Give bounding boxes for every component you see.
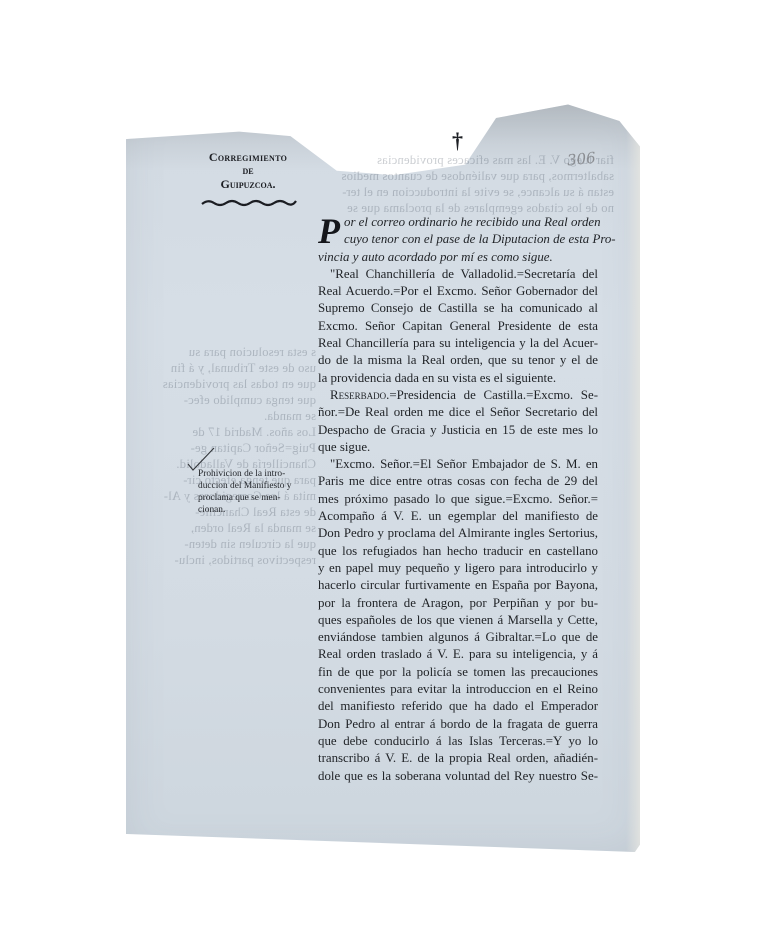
text-line: fin de que por la policía se tomen las p… <box>318 664 598 681</box>
margin-note-line: duccion del Manifiesto y <box>198 480 312 492</box>
text-line: ñor.=De Real orden me dice el Señor Secr… <box>318 404 598 421</box>
text-line: enviándose tambien algunos á Gibraltar.=… <box>318 629 598 646</box>
text-line: cuyo tenor con el pase de la Diputacion … <box>318 231 598 248</box>
text-line: mes próximo pasado lo que sigue.=Excmo. … <box>318 491 598 508</box>
text-line: convenientes para evitar la introduccion… <box>318 681 598 698</box>
text-line: or el correo ordinario he recibido una R… <box>318 214 598 231</box>
text-line: que debe conducirlo á las Islas Terceras… <box>318 733 598 750</box>
text-line: la providencia dada en su vista es el si… <box>318 370 598 387</box>
text-line: hacerlo circular furtivamente en España … <box>318 577 598 594</box>
text-line: vincia y auto acordado por mí es como si… <box>318 249 598 266</box>
paragraph-2: Reserbado.=Presidencia de Castilla.=Excm… <box>318 387 598 456</box>
text-line: Don Pedro y proclama del Almirante ingle… <box>318 525 598 542</box>
text-line: Excmo. Señor Capitan General Presidente … <box>318 318 598 335</box>
margin-note-line: proclama que se men- <box>198 492 312 504</box>
document-body: P or el correo ordinario he recibido una… <box>318 214 598 785</box>
text-line: Acompaño á V. E. un egemplar del manifie… <box>318 508 598 525</box>
text-line: que los refugiados han hecho traducir en… <box>318 543 598 560</box>
text-line: Don Pedro al entrar á bordo de la fragat… <box>318 716 598 733</box>
drop-cap: P <box>318 216 340 246</box>
intro-paragraph: P or el correo ordinario he recibido una… <box>318 214 598 266</box>
margin-note: Prohivicion de la intro- duccion del Man… <box>198 468 312 516</box>
heading-line-3: Guipuzcoa. <box>198 177 298 192</box>
text-line: transcribo á V. E. de la propia Real ord… <box>318 750 598 767</box>
reserved-label: Reserbado. <box>330 388 389 402</box>
text-line: Real orden traslado á V. E. para su inte… <box>318 646 598 663</box>
text-line: Despacho de Gracia y Justicia en 15 de e… <box>318 422 598 439</box>
ornamental-rule-icon <box>200 198 298 208</box>
paragraph-1: "Real Chanchillería de Valladolid.=Secre… <box>318 266 598 387</box>
text-line: "Excmo. Señor.=El Señor Embajador de S. … <box>318 456 598 473</box>
text-line: por la frontera de Aragon, por Perpiñan … <box>318 595 598 612</box>
text-line: Real Acuerdo.=Por el Excmo. Señor Gobern… <box>318 283 598 300</box>
text-line: y en papel muy pequeño y ligero para int… <box>318 560 598 577</box>
text-line: Reserbado.=Presidencia de Castilla.=Excm… <box>318 387 598 404</box>
text-line: Real Chancillería para su inteligencia y… <box>318 335 598 352</box>
folio-number: 306 <box>566 149 596 170</box>
document-heading: Corregimiento DE Guipuzcoa. <box>198 150 298 192</box>
text-line: do de la misma la Real orden, que su ten… <box>318 352 598 369</box>
cross-symbol-icon: † <box>452 128 463 154</box>
text-line: ques españoles de los que vienen á Marse… <box>318 612 598 629</box>
text-line: del manifiesto referido que ha dado el E… <box>318 698 598 715</box>
heading-line-1: Corregimiento <box>198 150 298 165</box>
text-line: que sigue. <box>318 439 598 456</box>
heading-line-2: DE <box>198 167 298 176</box>
margin-note-line: cionan. <box>198 504 312 516</box>
text-line: Paris me dice entre otras cosas con fech… <box>318 473 598 490</box>
text-line: dole que es la soberana voluntad del Rey… <box>318 768 598 785</box>
paragraph-3: "Excmo. Señor.=El Señor Embajador de S. … <box>318 456 598 785</box>
text-line: "Real Chanchillería de Valladolid.=Secre… <box>318 266 598 283</box>
margin-note-line: Prohivicion de la intro- <box>198 468 312 480</box>
text-line: Supremo Consejo de Castilla se ha comuni… <box>318 300 598 317</box>
text-fragment: =Presidencia de Castilla.=Excmo. Se- <box>389 388 598 402</box>
